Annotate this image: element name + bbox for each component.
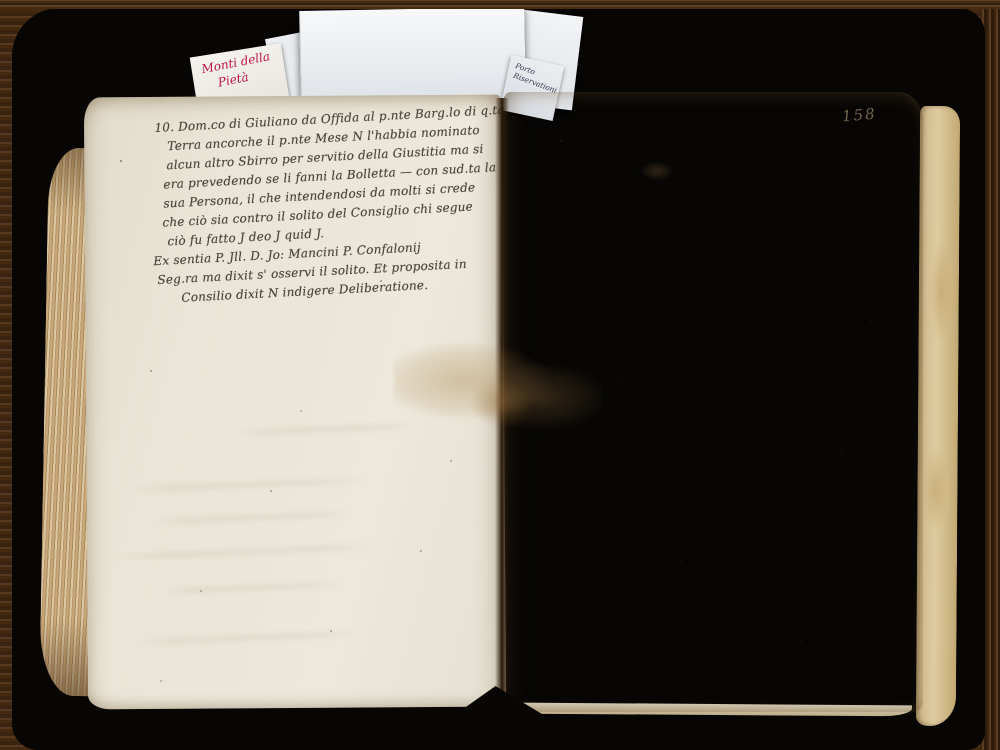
foxing-specks [560,140,562,142]
manuscript-text: 10. Dom.co di Giuliano da Offida al p.nt… [154,101,508,309]
small-stain [634,158,680,184]
wood-table-edge [0,0,1000,9]
show-through-ghost-text [127,476,367,493]
show-through-ghost-text [136,630,361,646]
show-through-ghost-text [117,543,377,561]
archival-manuscript-photo: Monti della Pietà Porto Riservationi 10.… [0,0,1000,750]
show-through-ghost-text [236,422,416,437]
foxing-specks [120,160,122,162]
show-through-ghost-text [151,510,351,525]
water-stain [394,332,602,448]
folio-number: 158 [842,105,878,126]
show-through-ghost-text [159,580,344,595]
